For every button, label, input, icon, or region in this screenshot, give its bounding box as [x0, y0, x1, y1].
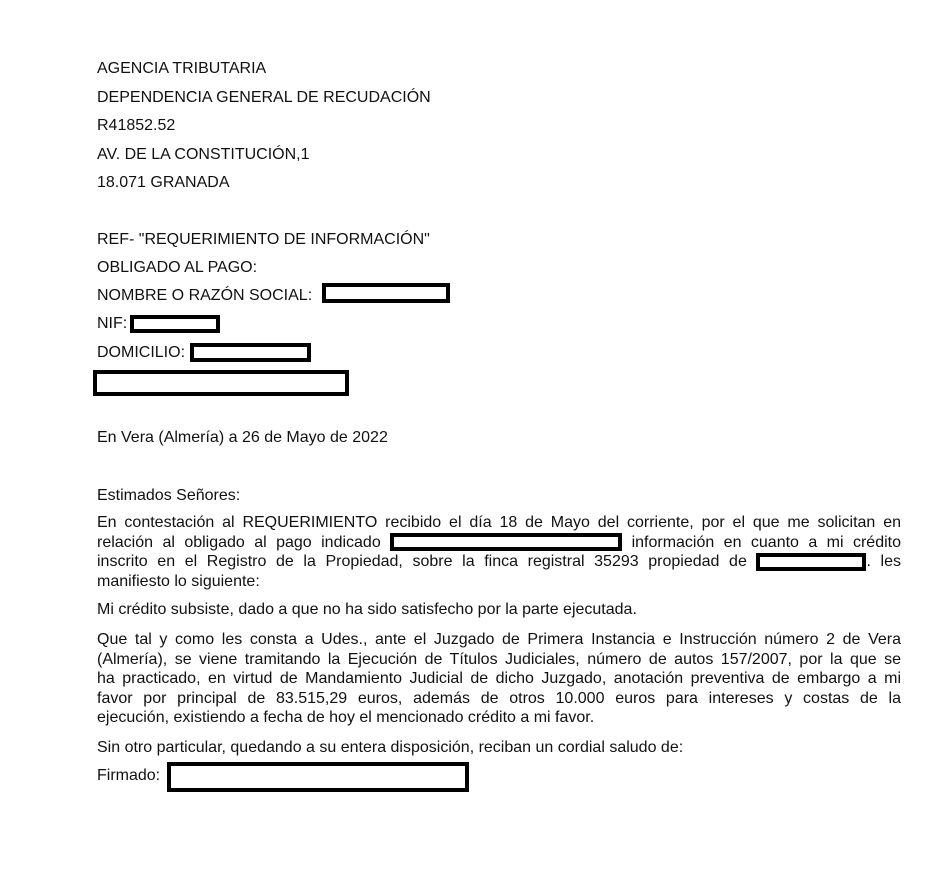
redaction-propietario-inline — [756, 553, 866, 571]
redaction-domicilio — [190, 343, 311, 362]
nif-label: NIF: — [97, 314, 127, 334]
domicilio-label: DOMICILIO: — [97, 343, 185, 363]
recipient-line-city: 18.071 GRANADA — [97, 173, 230, 193]
paragraph-court-line-4: favor por principal de 83.515,29 euros, … — [97, 689, 901, 709]
redaction-signature — [167, 762, 469, 792]
recipient-line-department: DEPENDENCIA GENERAL DE RECUDACIÓN — [97, 88, 431, 108]
paragraph-response: En contestación al REQUERIMIENTO recibid… — [97, 513, 901, 591]
line-3-text-after: . les — [866, 553, 901, 570]
reference-line: REF- "REQUERIMIENTO DE INFORMACIÓN" — [97, 230, 430, 250]
paragraph-response-line-3: inscrito en el Registro de la Propiedad,… — [97, 552, 901, 572]
paragraph-response-line-1: En contestación al REQUERIMIENTO recibid… — [97, 513, 901, 533]
letter-page: AGENCIA TRIBUTARIA DEPENDENCIA GENERAL D… — [0, 0, 940, 869]
paragraph-court-details: Que tal y como les consta a Udes., ante … — [97, 630, 901, 728]
paragraph-court-line-1: Que tal y como les consta a Udes., ante … — [97, 630, 901, 650]
redaction-nombre — [322, 283, 450, 303]
recipient-line-agency: AGENCIA TRIBUTARIA — [97, 59, 266, 79]
date-line: En Vera (Almería) a 26 de Mayo de 2022 — [97, 428, 388, 448]
obligado-label: OBLIGADO AL PAGO: — [97, 258, 257, 278]
line-2-text-after: información en cuanto a mi crédito — [632, 534, 901, 551]
paragraph-response-line-2: relación al obligado al pago indicado in… — [97, 533, 901, 553]
paragraph-court-line-3: ha practicado, en virtud de Mandamiento … — [97, 669, 901, 689]
salutation: Estimados Señores: — [97, 486, 240, 506]
paragraph-court-line-5: ejecución, existiendo a fecha de hoy el … — [97, 708, 901, 728]
paragraph-credit-status: Mi crédito subsiste, dado a que no ha si… — [97, 600, 637, 620]
redaction-obligado-inline — [390, 533, 622, 551]
paragraph-court-line-2: (Almería), se viene tramitando la Ejecuc… — [97, 650, 901, 670]
paragraph-response-line-4: manifiesto lo siguiente: — [97, 572, 901, 592]
signed-label: Firmado: — [97, 766, 160, 786]
redaction-address — [93, 370, 349, 396]
recipient-line-street: AV. DE LA CONSTITUCIÓN,1 — [97, 145, 310, 165]
line-2-text-before: relación al obligado al pago indicado — [97, 534, 381, 551]
recipient-line-code: R41852.52 — [97, 116, 175, 136]
line-3-text-before: inscrito en el Registro de la Propiedad,… — [97, 553, 747, 570]
closing-line: Sin otro particular, quedando a su enter… — [97, 738, 683, 758]
redaction-nif — [130, 315, 220, 333]
nombre-label: NOMBRE O RAZÓN SOCIAL: — [97, 286, 312, 306]
